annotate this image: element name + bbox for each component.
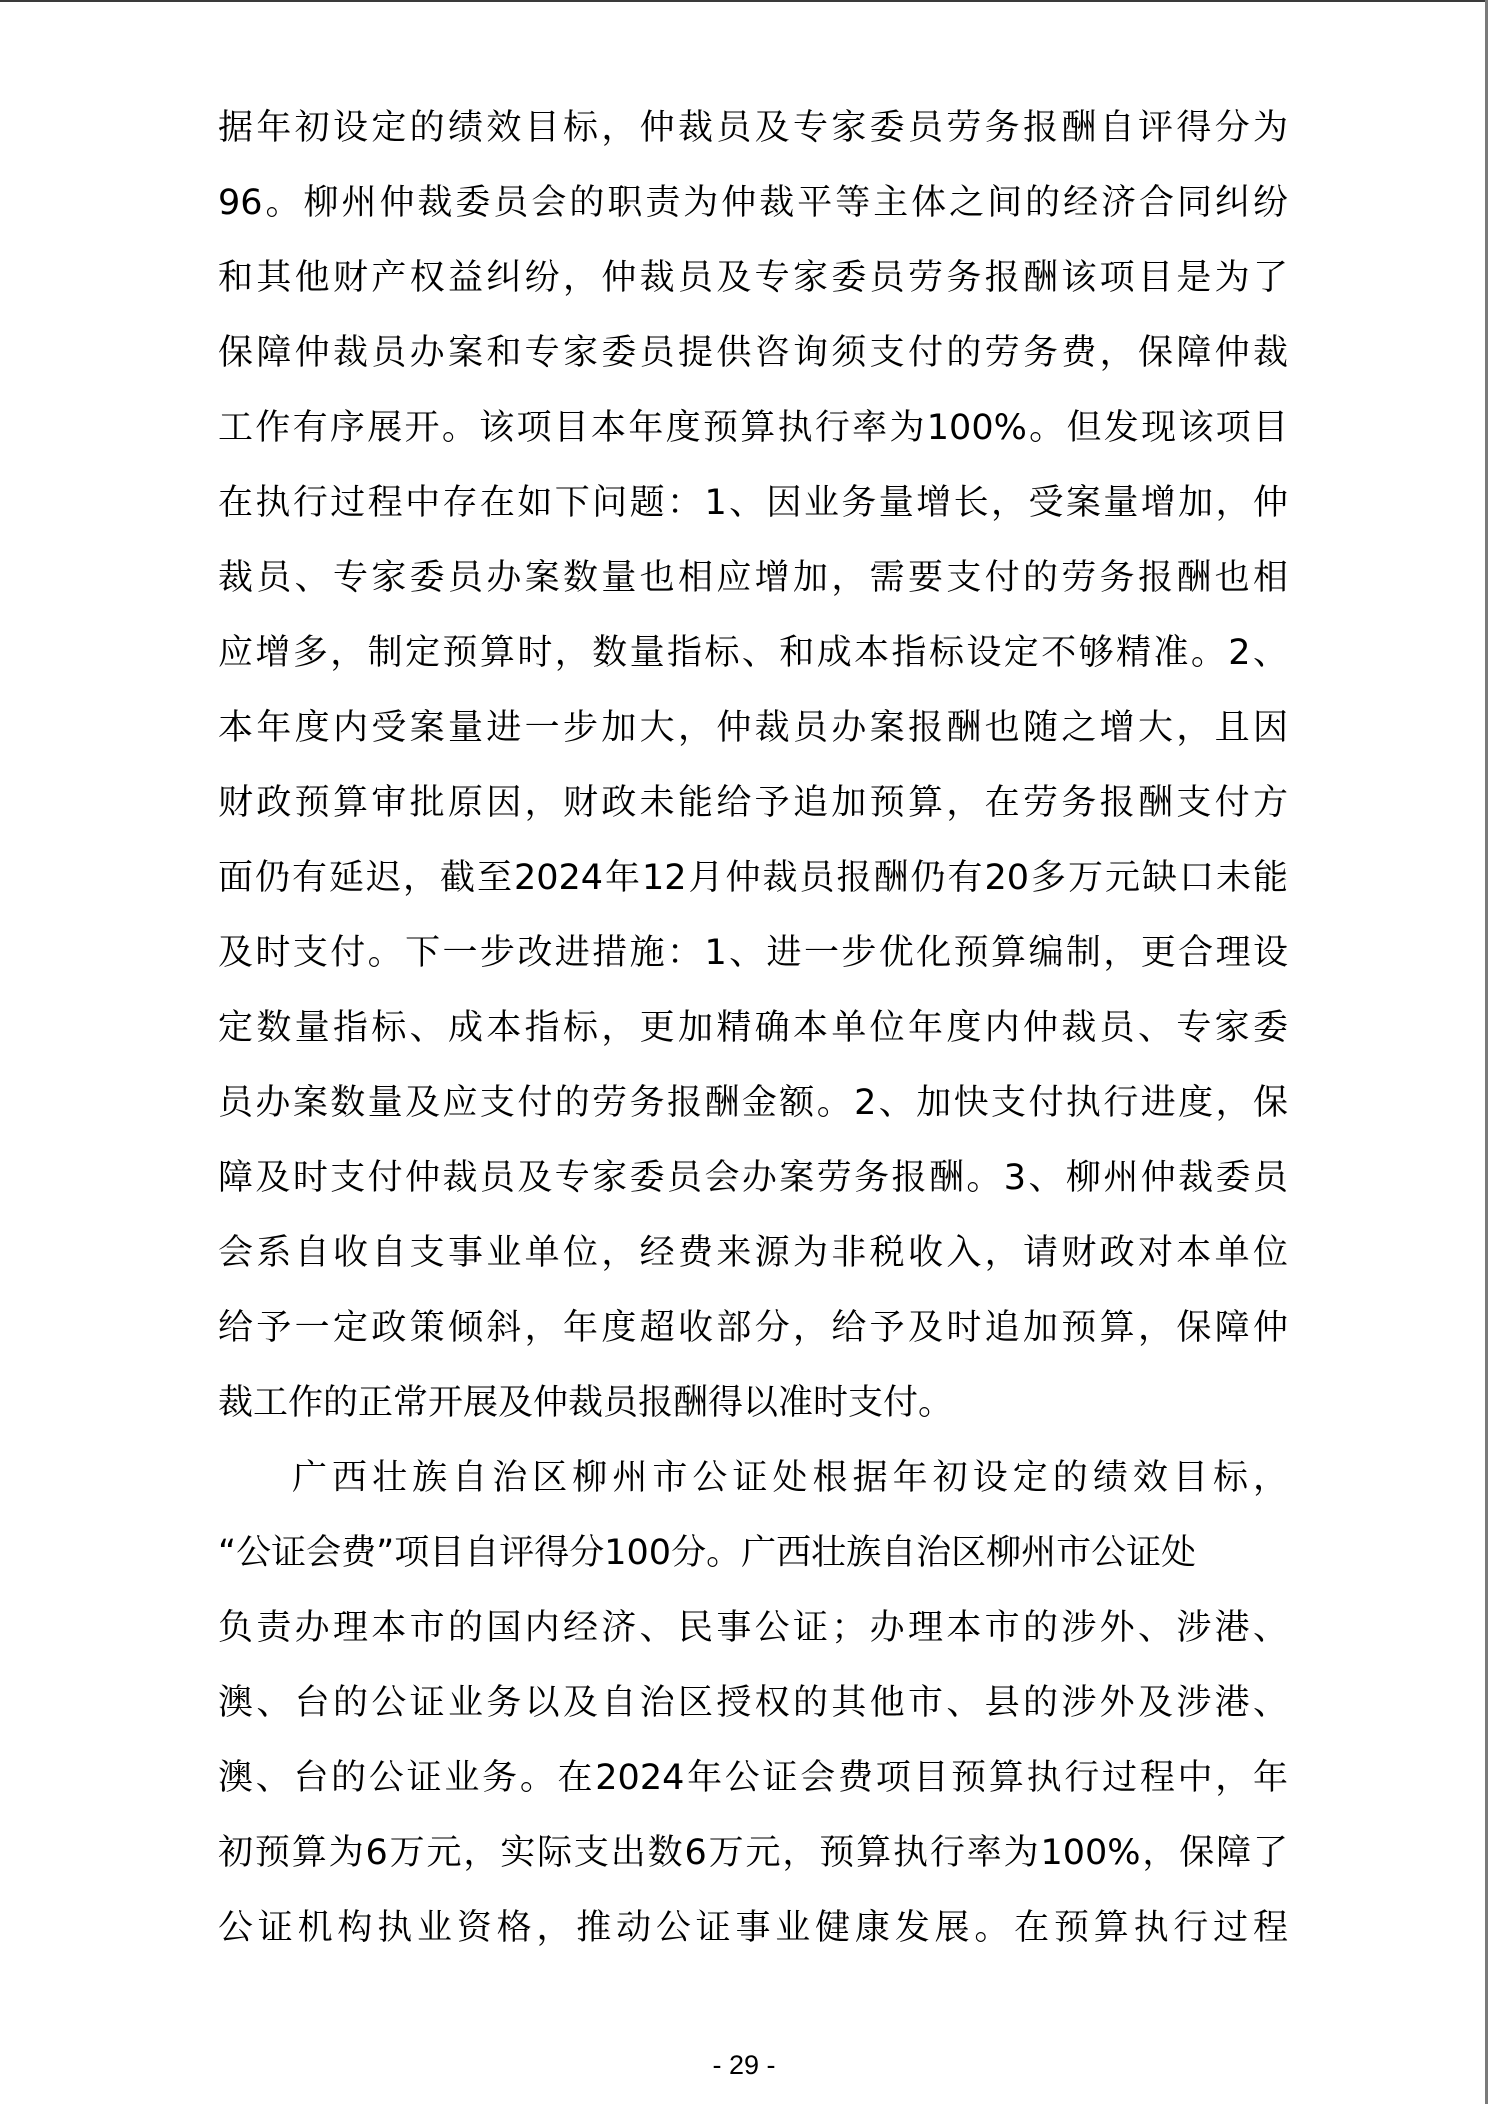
text-line: 面仍有延迟，截至2024年12月仲裁员报酬仍有20多万元缺口未能	[218, 841, 1288, 916]
text-line: 给予一定政策倾斜，年度超收部分，给予及时追加预算，保障仲	[218, 1291, 1288, 1366]
body-text: 据年初设定的绩效目标，仲裁员及专家委员劳务报酬自评得分为 96。柳州仲裁委员会的…	[218, 91, 1288, 1966]
text-line: 财政预算审批原因，财政未能给予追加预算，在劳务报酬支付方	[218, 766, 1288, 841]
text-line: 负责办理本市的国内经济、民事公证；办理本市的涉外、涉港、	[218, 1591, 1288, 1666]
text-line: 96。柳州仲裁委员会的职责为仲裁平等主体之间的经济合同纠纷	[218, 166, 1288, 241]
text-line: 及时支付。下一步改进措施：1、进一步优化预算编制，更合理设	[218, 916, 1288, 991]
paragraph-notary: 广西壮族自治区柳州市公证处根据年初设定的绩效目标， “公证会费”项目自评得分10…	[218, 1441, 1288, 1966]
text-line: 应增多，制定预算时，数量指标、和成本指标设定不够精准。2、	[218, 616, 1288, 691]
page-number: - 29 -	[0, 2048, 1488, 2082]
text-line: 初预算为6万元，实际支出数6万元，预算执行率为100%，保障了	[218, 1816, 1288, 1891]
text-line: 裁工作的正常开展及仲裁员报酬得以准时支付。	[218, 1366, 1288, 1441]
text-line: 保障仲裁员办案和专家委员提供咨询须支付的劳务费，保障仲裁	[218, 316, 1288, 391]
paragraph-arbitration: 据年初设定的绩效目标，仲裁员及专家委员劳务报酬自评得分为 96。柳州仲裁委员会的…	[218, 91, 1288, 1441]
text-line: “公证会费”项目自评得分100分。广西壮族自治区柳州市公证处	[218, 1516, 1288, 1591]
text-line: 工作有序展开。该项目本年度预算执行率为100%。但发现该项目	[218, 391, 1288, 466]
text-line: 和其他财产权益纠纷，仲裁员及专家委员劳务报酬该项目是为了	[218, 241, 1288, 316]
text-line: 本年度内受案量进一步加大，仲裁员办案报酬也随之增大，且因	[218, 691, 1288, 766]
top-border	[0, 0, 1488, 2]
text-line: 会系自收自支事业单位，经费来源为非税收入，请财政对本单位	[218, 1216, 1288, 1291]
text-line: 澳、台的公证业务以及自治区授权的其他市、县的涉外及涉港、	[218, 1666, 1288, 1741]
document-page: 据年初设定的绩效目标，仲裁员及专家委员劳务报酬自评得分为 96。柳州仲裁委员会的…	[0, 0, 1488, 2104]
text-line: 公证机构执业资格，推动公证事业健康发展。在预算执行过程	[218, 1891, 1288, 1966]
text-line: 定数量指标、成本指标，更加精确本单位年度内仲裁员、专家委	[218, 991, 1288, 1066]
text-line: 障及时支付仲裁员及专家委员会办案劳务报酬。3、柳州仲裁委员	[218, 1141, 1288, 1216]
text-line: 据年初设定的绩效目标，仲裁员及专家委员劳务报酬自评得分为	[218, 91, 1288, 166]
text-line: 在执行过程中存在如下问题：1、因业务量增长，受案量增加，仲	[218, 466, 1288, 541]
text-line: 裁员、专家委员办案数量也相应增加，需要支付的劳务报酬也相	[218, 541, 1288, 616]
text-line: 广西壮族自治区柳州市公证处根据年初设定的绩效目标，	[218, 1441, 1288, 1516]
text-line: 澳、台的公证业务。在2024年公证会费项目预算执行过程中，年	[218, 1741, 1288, 1816]
text-line: 员办案数量及应支付的劳务报酬金额。2、加快支付执行进度，保	[218, 1066, 1288, 1141]
